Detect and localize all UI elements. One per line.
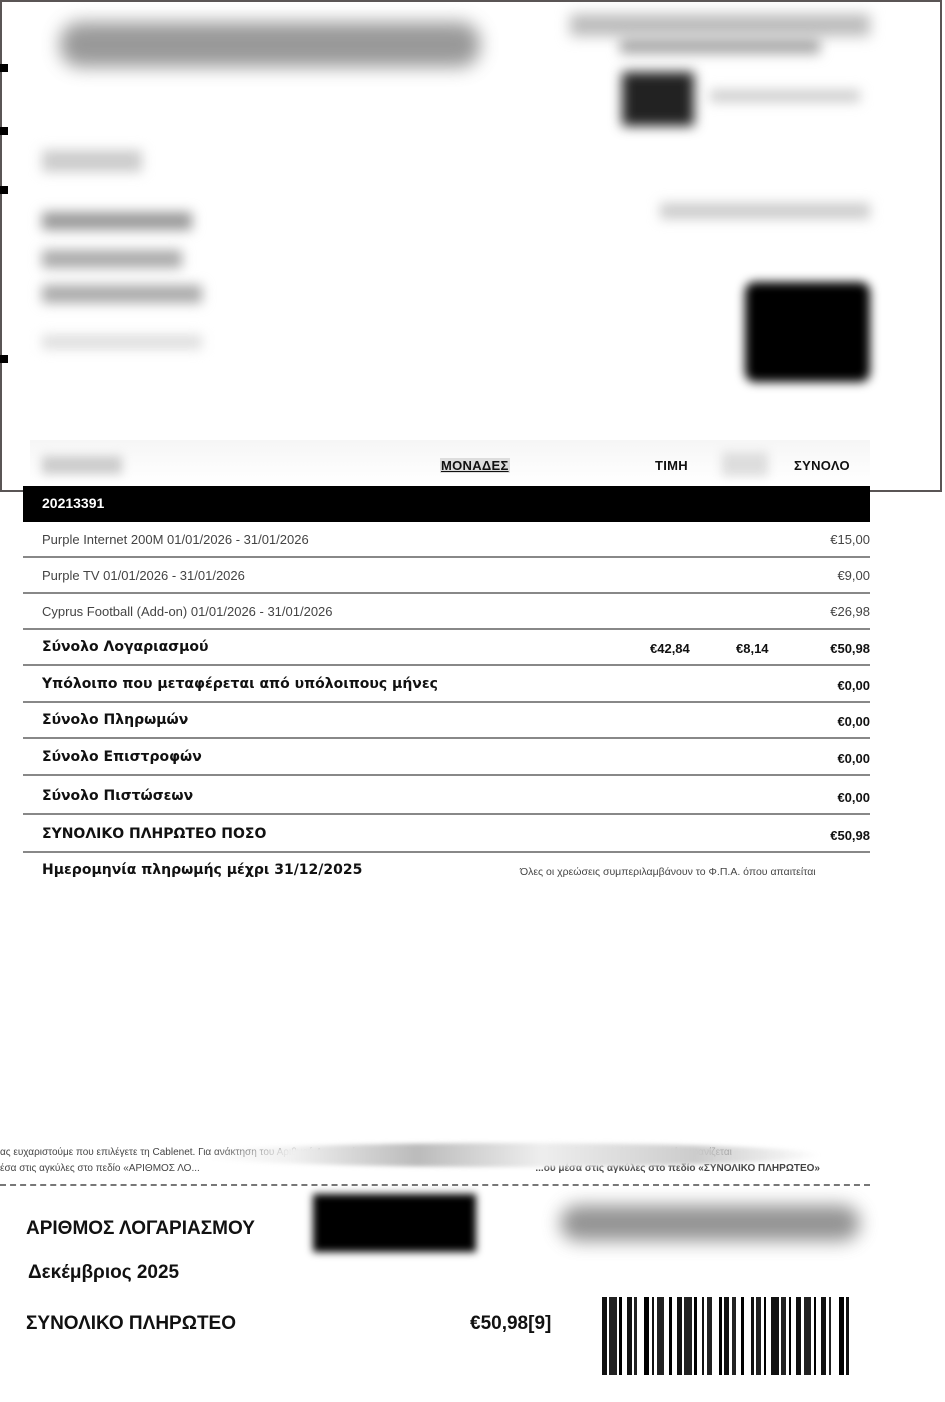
line-item-row: Purple TV 01/01/2026 - 31/01/2026 €9,00: [23, 558, 870, 594]
column-header-redacted: [42, 456, 122, 474]
scan-smear: [200, 1143, 820, 1167]
column-header-redacted: [722, 452, 768, 476]
summary-label: Υπόλοιπο που μεταφέρεται από υπόλοιπους …: [42, 676, 438, 692]
company-logo-redacted: [60, 22, 480, 67]
summary-label: Σύνολο Πληρωμών: [42, 712, 188, 728]
account-number: 20213391: [42, 495, 104, 511]
account-total-vat: €8,14: [736, 641, 769, 656]
line-item-amount: €26,98: [830, 604, 870, 619]
header-text-redacted: [620, 38, 820, 54]
summary-row: Σύνολο Επιστροφών €0,00: [23, 740, 870, 776]
summary-label: Σύνολο Πιστώσεων: [42, 788, 193, 804]
slip-total-label: ΣΥΝΟΛΙΚΟ ΠΛΗΡΩΤΕΟ: [26, 1313, 236, 1335]
summary-amount: €0,00: [837, 790, 870, 805]
customer-text-redacted: [42, 250, 182, 268]
qr-redacted: [622, 72, 694, 126]
barcode-icon: [602, 1297, 854, 1375]
line-item-label: Cyprus Football (Add-on) 01/01/2026 - 31…: [42, 604, 333, 619]
vat-note: Όλες οι χρεώσεις συμπεριλαμβάνουν το Φ.Π…: [520, 866, 816, 878]
customer-text-redacted: [42, 335, 202, 349]
slip-account-label: ΑΡΙΘΜΟΣ ΛΟΓΑΡΙΑΣΜΟΥ: [26, 1218, 255, 1240]
summary-row: Υπόλοιπο που μεταφέρεται από υπόλοιπους …: [23, 667, 870, 703]
payment-due-date: Ημερομηνία πληρωμής μέχρι 31/12/2025: [42, 862, 362, 878]
account-total-label: Σύνολο Λογαριασμού: [42, 639, 209, 655]
grand-total-row: ΣΥΝΟΛΙΚΟ ΠΛΗΡΩΤΕΟ ΠΟΣΟ €50,98: [23, 817, 870, 853]
summary-amount: €0,00: [837, 751, 870, 766]
slip-account-number-redacted: [313, 1194, 476, 1252]
header-text-redacted: [570, 14, 870, 36]
margin-mark: [0, 127, 8, 135]
margin-mark: [0, 64, 8, 72]
slip-total-amount: €50,98[9]: [470, 1313, 551, 1335]
grand-total-amount: €50,98: [830, 828, 870, 843]
account-total-row: Σύνολο Λογαριασμού €42,84 €8,14 €50,98: [23, 630, 870, 666]
column-total: ΣΥΝΟΛΟ: [794, 458, 850, 473]
account-total-amount: €50,98: [830, 641, 870, 656]
line-item-amount: €15,00: [830, 532, 870, 547]
line-item-label: Purple Internet 200M 01/01/2026 - 31/01/…: [42, 532, 309, 547]
column-price: ΤΙΜΗ: [655, 458, 688, 473]
summary-row: Σύνολο Πληρωμών €0,00: [23, 703, 870, 739]
margin-mark: [0, 355, 8, 363]
line-item-label: Purple TV 01/01/2026 - 31/01/2026: [42, 568, 245, 583]
summary-amount: €0,00: [837, 714, 870, 729]
summary-row: Σύνολο Πιστώσεων €0,00: [23, 779, 870, 815]
summary-label: Σύνολο Επιστροφών: [42, 749, 202, 765]
redacted-header-frame: [0, 0, 942, 492]
customer-text-redacted: [42, 150, 142, 172]
slip-period: Δεκέμβριος 2025: [28, 1262, 179, 1284]
account-box-redacted: [745, 282, 870, 382]
account-number-bar: 20213391: [23, 486, 870, 522]
margin-mark: [0, 186, 8, 194]
account-total-net: €42,84: [650, 641, 690, 656]
line-item-row: Cyprus Football (Add-on) 01/01/2026 - 31…: [23, 594, 870, 630]
grand-total-label: ΣΥΝΟΛΙΚΟ ΠΛΗΡΩΤΕΟ ΠΟΣΟ: [42, 826, 266, 842]
line-item-row: Purple Internet 200M 01/01/2026 - 31/01/…: [23, 522, 870, 558]
header-text-redacted: [710, 90, 860, 102]
column-units: ΜΟΝΑΔΕΣ: [440, 458, 510, 473]
customer-text-redacted: [42, 212, 192, 230]
fine-print-part: έσα στις αγκύλες στο πεδίο «ΑΡΙΘΜΟΣ ΛΟ..…: [0, 1163, 200, 1174]
customer-text-redacted: [42, 285, 202, 303]
summary-amount: €0,00: [837, 678, 870, 693]
header-text-redacted: [660, 203, 870, 219]
company-logo-redacted: [560, 1205, 860, 1241]
tear-line: [0, 1184, 870, 1186]
line-item-amount: €9,00: [837, 568, 870, 583]
